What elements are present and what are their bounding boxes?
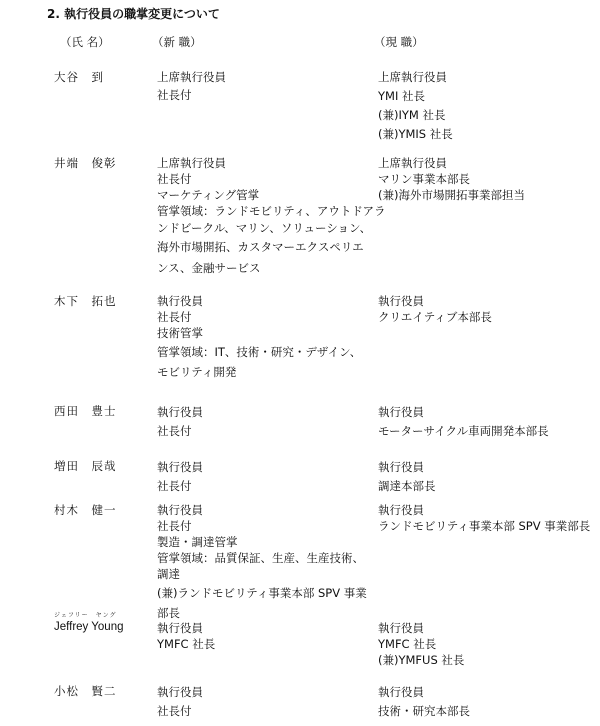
current-position-line: 調達本部長: [378, 477, 598, 496]
current-position-line: YMI 社長: [378, 87, 598, 106]
new-position-cell: 上席執行役員 社長付: [157, 69, 377, 104]
current-position-cell: 執行役員 YMFC 社長 (兼)YMFUS 社長: [378, 620, 598, 668]
new-position-cell: 執行役員 社長付: [157, 403, 377, 441]
new-position-line: 執行役員: [157, 458, 377, 477]
new-position-line: ンドビークル、マリン、ソリューション、: [157, 220, 377, 237]
new-position-cell: 執行役員 社長付: [157, 683, 377, 721]
executive-name: 増田 辰哉: [54, 458, 117, 474]
executive-name: 小松 賢二: [54, 683, 117, 699]
new-position-cell: 執行役員 社長付 製造・調達管掌 管掌領域：品質保証、生産、生産技術、 調達 (…: [157, 502, 377, 623]
new-position-line: 執行役員: [157, 620, 377, 636]
current-position-line: (兼)海外市場開拓事業部担当: [378, 187, 598, 203]
current-position-line: 執行役員: [378, 683, 598, 702]
new-position-line: 社長付: [157, 171, 377, 187]
new-position-line: 管掌領域：ランドモビリティ、アウトドアラ: [157, 203, 377, 220]
current-position-line: 上席執行役員: [378, 155, 598, 171]
new-position-cell: 執行役員 社長付 技術管掌 管掌領域：IT、技術・研究・デザイン、 モビリティ開…: [157, 293, 377, 382]
current-position-line: 執行役員: [378, 458, 598, 477]
new-position-line: マーケティング管掌: [157, 187, 377, 203]
new-position-cell: 執行役員 社長付: [157, 458, 377, 496]
current-position-line: (兼)IYM 社長: [378, 106, 598, 125]
new-position-cell: 上席執行役員 社長付 マーケティング管掌 管掌領域：ランドモビリティ、アウトドア…: [157, 155, 377, 279]
current-position-cell: 執行役員 技術・研究本部長: [378, 683, 598, 721]
executive-name: 大谷 到: [54, 69, 104, 85]
current-position-line: YMFC 社長: [378, 636, 598, 652]
new-position-line: 上席執行役員: [157, 155, 377, 171]
new-position-line: 上席執行役員: [157, 69, 377, 87]
current-position-line: 技術・研究本部長: [378, 702, 598, 721]
executive-name: 村木 健一: [54, 502, 117, 518]
current-position-line: (兼)YMIS 社長: [378, 125, 598, 144]
current-position-line: 執行役員: [378, 403, 598, 422]
current-position-cell: 執行役員 モーターサイクル車両開発本部長: [378, 403, 598, 441]
new-position-line: 技術管掌: [157, 325, 377, 342]
executive-name: 西田 豊士: [54, 403, 117, 419]
new-position-line: YMFC 社長: [157, 636, 377, 652]
new-position-line: (兼)ランドモビリティ事業本部 SPV 事業: [157, 583, 377, 603]
new-position-line: 社長付: [157, 702, 377, 721]
current-position-cell: 執行役員 調達本部長: [378, 458, 598, 496]
new-position-line: 社長付: [157, 477, 377, 496]
new-position-line: 海外市場開拓、カスタマーエクスペリエ: [157, 237, 377, 258]
new-position-line: 社長付: [157, 309, 377, 325]
current-position-cell: 上席執行役員 マリン事業本部長 (兼)海外市場開拓事業部担当: [378, 155, 598, 203]
new-position-line: 執行役員: [157, 293, 377, 309]
new-position-cell: 執行役員 YMFC 社長: [157, 620, 377, 652]
current-position-line: 執行役員: [378, 620, 598, 636]
current-position-line: 執行役員: [378, 502, 598, 518]
new-position-line: 社長付: [157, 518, 377, 534]
new-position-line: 執行役員: [157, 502, 377, 518]
current-position-cell: 執行役員 ランドモビリティ事業本部 SPV 事業部長: [378, 502, 598, 534]
current-position-line: クリエイティブ本部長: [378, 309, 598, 325]
current-position-line: (兼)YMFUS 社長: [378, 652, 598, 668]
executive-name: Jeffrey Young: [54, 620, 124, 634]
new-position-line: 執行役員: [157, 683, 377, 702]
new-position-line: 執行役員: [157, 403, 377, 422]
current-position-line: モーターサイクル車両開発本部長: [378, 422, 598, 441]
current-position-cell: 執行役員 クリエイティブ本部長: [378, 293, 598, 325]
new-position-line: 社長付: [157, 422, 377, 441]
header-name: （氏 名）: [60, 34, 110, 50]
header-current-position: （現 職）: [374, 34, 424, 50]
new-position-line: 製造・調達管掌: [157, 534, 377, 550]
current-position-line: マリン事業本部長: [378, 171, 598, 187]
current-position-line: 執行役員: [378, 293, 598, 309]
current-position-line: ランドモビリティ事業本部 SPV 事業部長: [378, 518, 598, 534]
current-position-line: 上席執行役員: [378, 69, 598, 87]
new-position-line: 管掌領域：IT、技術・研究・デザイン、: [157, 342, 377, 362]
section-title: 2. 執行役員の職掌変更について: [47, 5, 220, 22]
new-position-line: 社長付: [157, 87, 377, 105]
new-position-line: 管掌領域：品質保証、生産、生産技術、: [157, 550, 377, 566]
executive-name-furigana: ジェフリー ヤング: [54, 612, 124, 620]
new-position-line: 調達: [157, 566, 377, 583]
executive-name-block: ジェフリー ヤング Jeffrey Young: [54, 612, 124, 634]
header-new-position: （新 職）: [152, 34, 202, 50]
new-position-line: ンス、金融サービス: [157, 258, 377, 279]
current-position-cell: 上席執行役員 YMI 社長 (兼)IYM 社長 (兼)YMIS 社長: [378, 69, 598, 144]
executive-name: 井端 俊彰: [54, 155, 117, 171]
new-position-line: モビリティ開発: [157, 362, 377, 382]
executive-name: 木下 拓也: [54, 293, 117, 309]
